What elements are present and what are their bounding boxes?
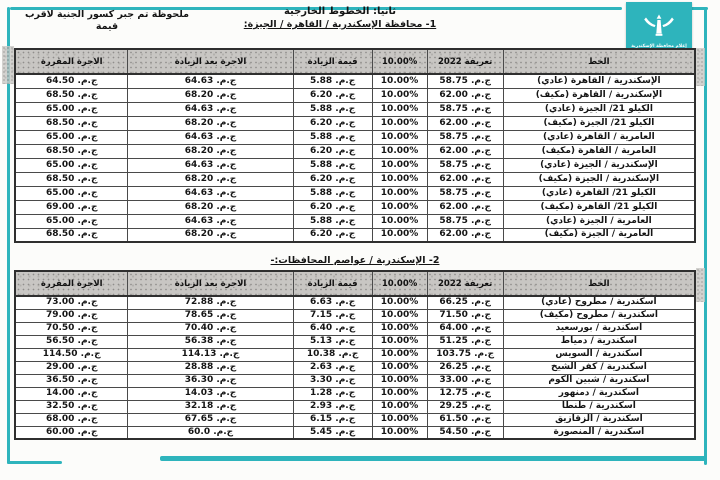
after-cell: ج.م. 64.63 [128,158,293,172]
line-cell: اسكندرية / دمنهور [503,387,695,400]
approved-cell: ج.م. 64.50 [15,74,128,88]
table-row: الإسكندرية / القاهرة (عادي)ج.م. 58.7510.… [15,74,695,88]
pct-cell: 10.00% [372,387,427,400]
after-cell: ج.م. 68.20 [128,228,293,242]
increase-cell: ج.م. 6.20 [293,88,372,102]
line-cell: اسكندرية / دمياط [503,335,695,348]
tariff-cell: ج.م. 58.75 [427,214,503,228]
col-approved: الاجرة المقررة [15,271,128,296]
line-cell: اسكندرية / الزقازيق [503,413,695,426]
increase-cell: ج.م. 5.88 [293,130,372,144]
line-cell: اسكندرية / مطروح (مكيف) [503,309,695,322]
tariff-cell: ج.م. 54.50 [427,426,503,439]
table-row: الكيلو 21/ القاهرة (عادي)ج.م. 58.7510.00… [15,186,695,200]
scanned-fares-document: { "meta": { "accent_color": "#2eb4bc", "… [0,0,720,480]
approved-cell: ج.م. 70.50 [15,322,128,335]
tariff-cell: ج.م. 62.00 [427,172,503,186]
approved-cell: ج.م. 65.00 [15,186,128,200]
after-cell: ج.م. 114.13 [128,348,293,361]
pct-cell: 10.00% [372,426,427,439]
col-pct: 10.00% [372,49,427,74]
col-pct: 10.00% [372,271,427,296]
scan-noise-band [696,268,705,302]
approved-cell: ج.م. 65.00 [15,214,128,228]
after-cell: ج.م. 56.38 [128,335,293,348]
approved-cell: ج.م. 14.00 [15,387,128,400]
line-cell: اسكندرية / كفر الشيخ [503,361,695,374]
after-cell: ج.م. 60.0 [128,426,293,439]
after-cell: ج.م. 78.65 [128,309,293,322]
line-cell: الكيلو 21/ القاهرة (مكيف) [503,200,695,214]
pct-cell: 10.00% [372,322,427,335]
table-row: الكيلو 21/ الجيزة (مكيف)ج.م. 62.0010.00%… [15,116,695,130]
pct-cell: 10.00% [372,130,427,144]
tariff-cell: ج.م. 58.75 [427,158,503,172]
table-row: الإسكندرية / القاهرة (مكيف)ج.م. 62.0010.… [15,88,695,102]
line-cell: العامرية / القاهرة (مكيف) [503,144,695,158]
table-row: العامرية / القاهرة (عادي)ج.م. 58.7510.00… [15,130,695,144]
approved-cell: ج.م. 65.00 [15,130,128,144]
increase-cell: ج.م. 5.45 [293,426,372,439]
approved-cell: ج.م. 36.50 [15,374,128,387]
col-after: الاجرة بعد الزيادة [128,271,293,296]
table-row: اسكندرية / الزقازيقج.م. 61.5010.00%ج.م. … [15,413,695,426]
line-cell: الإسكندرية / القاهرة (عادي) [503,74,695,88]
table-row: اسكندرية / المنصورةج.م. 54.5010.00%ج.م. … [15,426,695,439]
pct-cell: 10.00% [372,88,427,102]
increase-cell: ج.م. 6.20 [293,116,372,130]
after-cell: ج.م. 64.63 [128,130,293,144]
line-cell: العامرية / الجيزة (عادي) [503,214,695,228]
pct-cell: 10.00% [372,186,427,200]
scan-noise-band [2,46,14,84]
approved-cell: ج.م. 114.50 [15,348,128,361]
after-cell: ج.م. 70.40 [128,322,293,335]
table-row: اسكندرية / شبين الكومج.م. 33.0010.00%ج.م… [15,374,695,387]
col-tariff: تعريفة 2022 [427,271,503,296]
frame-line-bottom-left [7,461,62,464]
increase-cell: ج.م. 2.93 [293,400,372,413]
after-cell: ج.م. 32.18 [128,400,293,413]
col-line: الخط [503,271,695,296]
pct-cell: 10.00% [372,228,427,242]
increase-cell: ج.م. 5.88 [293,158,372,172]
line-cell: اسكندرية / المنصورة [503,426,695,439]
increase-cell: ج.م. 3.30 [293,374,372,387]
pct-cell: 10.00% [372,413,427,426]
increase-cell: ج.م. 6.20 [293,228,372,242]
pct-cell: 10.00% [372,361,427,374]
table-row: العامرية / الجيزة (عادي)ج.م. 58.7510.00%… [15,214,695,228]
approved-cell: ج.م. 29.00 [15,361,128,374]
section1-title: 1- محافظة الإسكندرية / القاهرة / الجيزة: [218,18,462,31]
tariff-cell: ج.م. 66.25 [427,296,503,309]
after-cell: ج.م. 68.20 [128,88,293,102]
tariff-cell: ج.م. 29.25 [427,400,503,413]
col-after: الاجرة بعد الزيادة [128,49,293,74]
fares-table-capitals: الخط تعريفة 2022 10.00% قيمة الزيادة الا… [14,270,696,440]
table-row: اسكندرية / بورسعيدج.م. 64.0010.00%ج.م. 6… [15,322,695,335]
col-approved: الاجرة المقررة [15,49,128,74]
pct-cell: 10.00% [372,309,427,322]
tariff-cell: ج.م. 58.75 [427,74,503,88]
increase-cell: ج.م. 7.15 [293,309,372,322]
lighthouse-icon [639,12,679,43]
table-row: اسكندرية / دمنهورج.م. 12.7510.00%ج.م. 1.… [15,387,695,400]
table-row: اسكندرية / السويسج.م. 103.7510.00%ج.م. 1… [15,348,695,361]
increase-cell: ج.م. 5.13 [293,335,372,348]
table-row: اسكندرية / كفر الشيخج.م. 26.2510.00%ج.م.… [15,361,695,374]
table-row: الإسكندرية / الجيزة (عادي)ج.م. 58.7510.0… [15,158,695,172]
increase-cell: ج.م. 6.20 [293,200,372,214]
increase-cell: ج.م. 6.15 [293,413,372,426]
line-cell: العامرية / الجيزة (مكيف) [503,228,695,242]
approved-cell: ج.م. 56.50 [15,335,128,348]
after-cell: ج.م. 72.88 [128,296,293,309]
increase-cell: ج.م. 2.63 [293,361,372,374]
tariff-cell: ج.م. 64.00 [427,322,503,335]
table-row: اسكندرية / مطروح (مكيف)ج.م. 71.5010.00%ج… [15,309,695,322]
pct-cell: 10.00% [372,200,427,214]
approved-cell: ج.م. 73.00 [15,296,128,309]
after-cell: ج.م. 68.20 [128,116,293,130]
tariff-cell: ج.م. 12.75 [427,387,503,400]
tariff-cell: ج.م. 58.75 [427,130,503,144]
increase-cell: ج.م. 5.88 [293,186,372,200]
pct-cell: 10.00% [372,158,427,172]
pct-cell: 10.00% [372,102,427,116]
line-cell: اسكندرية / شبين الكوم [503,374,695,387]
table-header-row: الخط تعريفة 2022 10.00% قيمة الزيادة الا… [15,49,695,74]
increase-cell: ج.م. 5.88 [293,74,372,88]
pct-cell: 10.00% [372,335,427,348]
pct-cell: 10.00% [372,400,427,413]
governorate-logo: إعلام محافظة الإسكندرية [626,2,692,52]
tariff-cell: ج.م. 62.00 [427,144,503,158]
line-cell: اسكندرية / بورسعيد [503,322,695,335]
line-cell: الإسكندرية / الجيزة (مكيف) [503,172,695,186]
tariff-cell: ج.م. 26.25 [427,361,503,374]
increase-cell: ج.م. 6.20 [293,172,372,186]
pct-cell: 10.00% [372,296,427,309]
after-cell: ج.م. 68.20 [128,200,293,214]
table-row: الكيلو 21/ الجيزة (عادي)ج.م. 58.7510.00%… [15,102,695,116]
fares-table-cairo-giza: الخط تعريفة 2022 10.00% قيمة الزيادة الا… [14,48,696,243]
col-increase: قيمة الزيادة [293,49,372,74]
scan-noise-band [696,48,705,86]
col-increase: قيمة الزيادة [293,271,372,296]
section2-title: 2- الإسكندرية / عواصم المحافظات:- [14,255,696,266]
increase-cell: ج.م. 5.88 [293,102,372,116]
after-cell: ج.م. 68.20 [128,172,293,186]
after-cell: ج.م. 64.63 [128,102,293,116]
line-cell: الكيلو 21/ الجيزة (مكيف) [503,116,695,130]
pct-cell: 10.00% [372,172,427,186]
increase-cell: ج.م. 6.40 [293,322,372,335]
line-cell: الكيلو 21/ الجيزة (عادي) [503,102,695,116]
approved-cell: ج.م. 68.50 [15,228,128,242]
pct-cell: 10.00% [372,214,427,228]
increase-cell: ج.م. 5.88 [293,214,372,228]
increase-cell: ج.م. 6.20 [293,144,372,158]
line-cell: الإسكندرية / القاهرة (مكيف) [503,88,695,102]
pct-cell: 10.00% [372,116,427,130]
tariff-cell: ج.م. 33.00 [427,374,503,387]
approved-cell: ج.م. 60.00 [15,426,128,439]
increase-cell: ج.م. 10.38 [293,348,372,361]
pct-cell: 10.00% [372,374,427,387]
table-row: الكيلو 21/ القاهرة (مكيف)ج.م. 62.0010.00… [15,200,695,214]
pct-cell: 10.00% [372,74,427,88]
line-cell: اسكندرية / مطروح (عادي) [503,296,695,309]
approved-cell: ج.م. 79.00 [15,309,128,322]
approved-cell: ج.م. 65.00 [15,102,128,116]
document-title-block: ثانيا: الخطوط الخارجية 1- محافظة الإسكند… [218,5,462,31]
increase-cell: ج.م. 1.28 [293,387,372,400]
tariff-cell: ج.م. 51.25 [427,335,503,348]
after-cell: ج.م. 14.03 [128,387,293,400]
table-row: الإسكندرية / الجيزة (مكيف)ج.م. 62.0010.0… [15,172,695,186]
pct-cell: 10.00% [372,348,427,361]
after-cell: ج.م. 68.20 [128,144,293,158]
approved-cell: ج.م. 68.50 [15,144,128,158]
table-row: اسكندرية / طنطاج.م. 29.2510.00%ج.م. 2.93… [15,400,695,413]
frame-line-bottom [160,456,707,461]
col-tariff: تعريفة 2022 [427,49,503,74]
line-cell: اسكندرية / طنطا [503,400,695,413]
increase-cell: ج.م. 6.63 [293,296,372,309]
approved-cell: ج.م. 68.50 [15,116,128,130]
approved-cell: ج.م. 32.50 [15,400,128,413]
table-row: اسكندرية / دمياطج.م. 51.2510.00%ج.م. 5.1… [15,335,695,348]
approved-cell: ج.م. 68.00 [15,413,128,426]
line-cell: الإسكندرية / الجيزة (عادي) [503,158,695,172]
line-cell: اسكندرية / السويس [503,348,695,361]
document-title: ثانيا: الخطوط الخارجية [218,5,462,18]
pct-cell: 10.00% [372,144,427,158]
tariff-cell: ج.م. 71.50 [427,309,503,322]
rounding-note: ملحوظة تم جبر كسور الجنية لاقرب قيمة [16,9,198,33]
table-row: اسكندرية / مطروح (عادي)ج.م. 66.2510.00%ج… [15,296,695,309]
approved-cell: ج.م. 69.00 [15,200,128,214]
tariff-cell: ج.م. 62.00 [427,116,503,130]
approved-cell: ج.م. 68.50 [15,172,128,186]
tariff-cell: ج.م. 58.75 [427,186,503,200]
table-row: العامرية / القاهرة (مكيف)ج.م. 62.0010.00… [15,144,695,158]
table-header-row: الخط تعريفة 2022 10.00% قيمة الزيادة الا… [15,271,695,296]
tariff-cell: ج.م. 58.75 [427,102,503,116]
tariff-cell: ج.م. 62.00 [427,200,503,214]
tariff-cell: ج.م. 103.75 [427,348,503,361]
after-cell: ج.م. 28.88 [128,361,293,374]
tariff-cell: ج.م. 61.50 [427,413,503,426]
approved-cell: ج.م. 65.00 [15,158,128,172]
col-line: الخط [503,49,695,74]
line-cell: الكيلو 21/ القاهرة (عادي) [503,186,695,200]
after-cell: ج.م. 64.63 [128,186,293,200]
approved-cell: ج.م. 68.50 [15,88,128,102]
after-cell: ج.م. 67.65 [128,413,293,426]
after-cell: ج.م. 64.63 [128,214,293,228]
table-row: العامرية / الجيزة (مكيف)ج.م. 62.0010.00%… [15,228,695,242]
after-cell: ج.م. 36.30 [128,374,293,387]
after-cell: ج.م. 64.63 [128,74,293,88]
tariff-cell: ج.م. 62.00 [427,88,503,102]
tariff-cell: ج.م. 62.00 [427,228,503,242]
line-cell: العامرية / القاهرة (عادي) [503,130,695,144]
